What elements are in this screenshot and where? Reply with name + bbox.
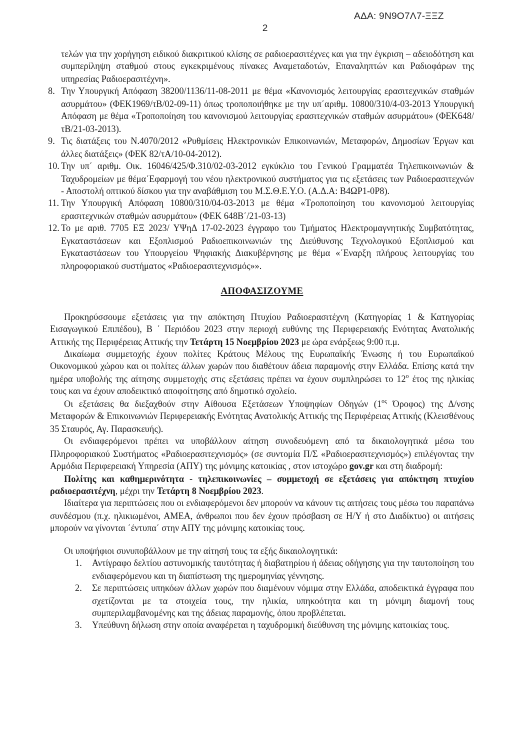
item-number: 2. [75, 582, 82, 594]
consideration-item-11: 11. Την Υπουργική Απόφαση 10800/310/04-0… [50, 197, 474, 222]
text: και στη διαδρομή: [374, 461, 443, 471]
eligibility-paragraph: Δικαίωμα συμμετοχής έχουν πολίτες Κράτου… [50, 348, 474, 398]
text: , μέχρι την [115, 486, 156, 496]
consideration-item-10: 10. Την υπ΄ αριθμ. Οικ. 16046/425/Φ.310/… [50, 160, 474, 197]
document-body: τελών για την χορήγηση ειδικού διακριτικ… [50, 48, 474, 632]
exam-date: Τετάρτη 15 Νοεμβρίου 2023 [190, 337, 299, 347]
item-text: Τις διατάξεις του Ν.4070/2012 «Ρυθμίσεις… [61, 135, 474, 160]
text: με ώρα ενάρξεως 9:00 π.μ. [299, 337, 400, 347]
deadline-paragraph: Πολίτης και καθημερινότητα - τηλεπικοινω… [50, 473, 474, 498]
gov-gr-link[interactable]: gov.gr [349, 461, 373, 471]
paper-application-paragraph: Ιδιαίτερα για περιπτώσεις που οι ενδιαφε… [50, 497, 474, 534]
item-text: Την υπ΄ αριθμ. Οικ. 16046/425/Φ.310/02-0… [61, 160, 474, 197]
page-number: 2 [0, 23, 530, 34]
announcement-paragraph: Προκηρύσσουμε εξετάσεις για την απόκτηση… [50, 311, 474, 348]
item-number: 9. [48, 135, 55, 147]
item-7-continuation: τελών για την χορήγηση ειδικού διακριτικ… [50, 48, 474, 85]
item-text: Το με αριθ. 7705 ΕΞ 2023/ ΥΨηΔ 17-02-202… [61, 222, 474, 272]
consideration-item-8: 8. Την Υπουργική Απόφαση 38200/1136/11-0… [50, 85, 474, 135]
text: . [261, 486, 263, 496]
ada-code: ΑΔΑ: 9Ν9Ο7Λ7-ΞΞΖ [354, 11, 444, 22]
application-paragraph: Οι ενδιαφερόμενοι πρέπει να υποβάλλουν α… [50, 435, 474, 472]
decision-heading: ΑΠΟΦΑΣΙΖΟΥΜΕ [50, 286, 474, 298]
item-text: Την Υπουργική Απόφαση 38200/1136/11-08-2… [61, 85, 474, 135]
item-number: 10. [48, 160, 59, 172]
item-number: 11. [48, 197, 59, 209]
text: Οι εξετάσεις θα διεξαχθούν στην Αίθουσα … [64, 399, 382, 409]
item-number: 1. [75, 557, 82, 569]
deadline-date: Τετάρτη 8 Νοεμβρίου 2023 [157, 486, 261, 496]
documents-intro: Οι υποψήφιοι συνυποβάλλουν με την αίτησή… [50, 545, 474, 557]
location-paragraph: Οι εξετάσεις θα διεξαχθούν στην Αίθουσα … [50, 398, 474, 435]
item-number: 3. [75, 619, 82, 631]
document-item-2: 2. Σε περιπτώσεις υπηκόων άλλων χωρών πο… [50, 582, 474, 619]
item-text: Υπεύθυνη δήλωση στην οποία αναφέρεται η … [92, 619, 474, 631]
item-text: Σε περιπτώσεις υπηκόων άλλων χωρών που δ… [92, 582, 474, 619]
item-text: Αντίγραφο δελτίου αστυνομικής ταυτότητας… [92, 557, 474, 582]
document-item-1: 1. Αντίγραφο δελτίου αστυνομικής ταυτότη… [50, 557, 474, 582]
item-text: Την Υπουργική Απόφαση 10800/310/04-03-20… [61, 197, 474, 222]
document-item-3: 3. Υπεύθυνη δήλωση στην οποία αναφέρεται… [50, 619, 474, 631]
item-number: 8. [48, 85, 55, 97]
consideration-item-12: 12. Το με αριθ. 7705 ΕΞ 2023/ ΥΨηΔ 17-02… [50, 222, 474, 272]
consideration-item-9: 9. Τις διατάξεις του Ν.4070/2012 «Ρυθμίσ… [50, 135, 474, 160]
item-number: 12. [48, 222, 59, 234]
